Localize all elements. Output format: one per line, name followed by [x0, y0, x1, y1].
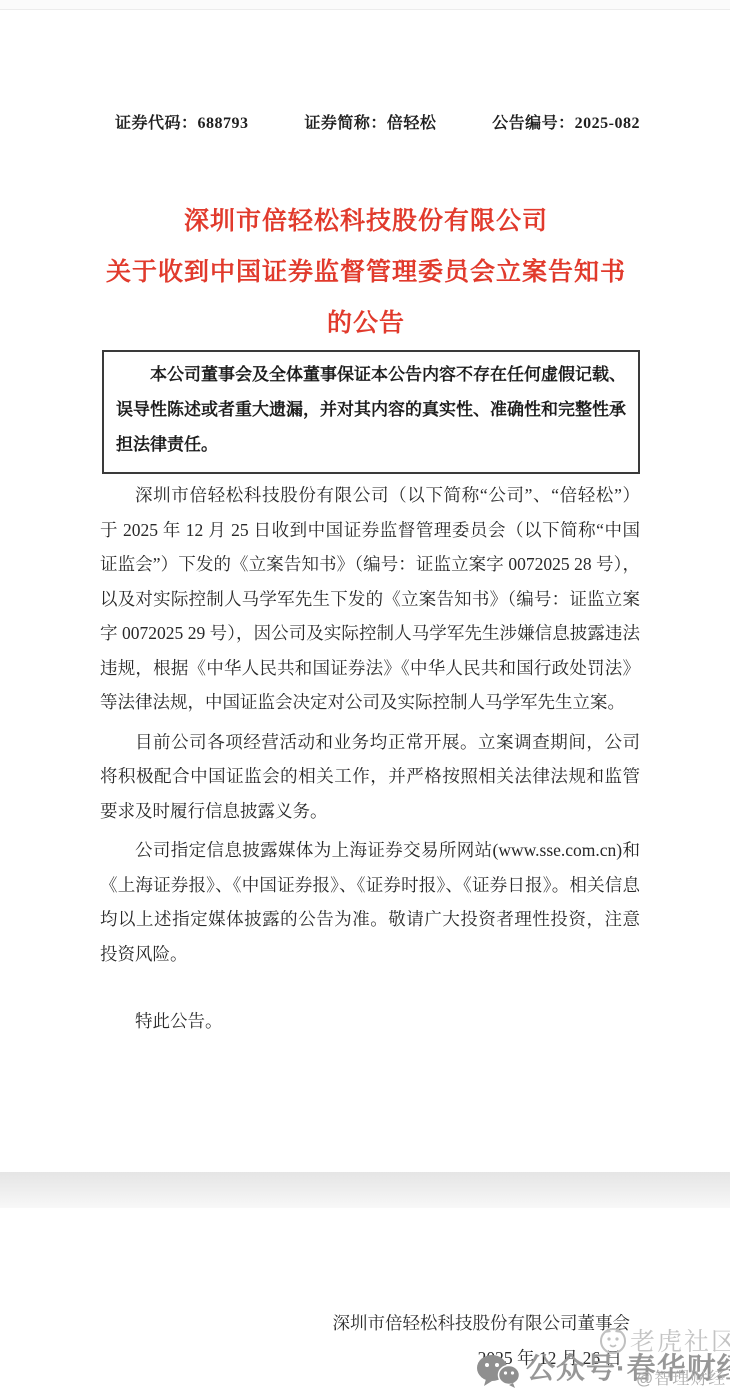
page-break-gap: [0, 1172, 730, 1208]
body-paragraph: 公司指定信息披露媒体为上海证券交易所网站(www.sse.com.cn)和《上海…: [100, 833, 640, 971]
signature-date: 2025 年 12 月 26 日: [478, 1345, 622, 1370]
announcement-title: 深圳市倍轻松科技股份有限公司 关于收到中国证券监督管理委员会立案告知书的公告: [96, 196, 636, 349]
stock-code: 证券代码：688793: [115, 110, 249, 133]
document-page-2: 深圳市倍轻松科技股份有限公司董事会 2025 年 12 月 26 日: [0, 1208, 730, 1395]
announcement-number: 公告编号：2025-082: [492, 110, 640, 133]
title-subject-line: 关于收到中国证券监督管理委员会立案告知书的公告: [96, 247, 636, 349]
closing-text: 特此公告。: [100, 1004, 640, 1039]
announcement-screenshot: { "header": { "stock_code": "证券代码：688793…: [0, 0, 730, 1395]
announcement-body: 深圳市倍轻松科技股份有限公司（以下简称“公司”、“倍轻松”） 于 2025 年 …: [100, 478, 640, 1039]
board-disclaimer-box: 本公司董事会及全体董事保证本公告内容不存在任何虚假记载、误导性陈述或者重大遗漏，…: [102, 350, 640, 474]
signature-company: 深圳市倍轻松科技股份有限公司董事会: [333, 1310, 631, 1335]
document-header-row: 证券代码：688793 证券简称：倍轻松 公告编号：2025-082: [115, 110, 640, 133]
stock-name: 证券简称：倍轻松: [304, 110, 436, 133]
body-paragraph: 目前公司各项经营活动和业务均正常开展。立案调查期间，公司将积极配合中国证监会的相…: [100, 725, 640, 829]
title-company-line: 深圳市倍轻松科技股份有限公司: [96, 196, 636, 247]
document-page-1: 证券代码：688793 证券简称：倍轻松 公告编号：2025-082 深圳市倍轻…: [0, 10, 730, 1172]
body-paragraph: 深圳市倍轻松科技股份有限公司（以下简称“公司”、“倍轻松”） 于 2025 年 …: [100, 478, 640, 720]
page-top-edge: [0, 0, 730, 10]
